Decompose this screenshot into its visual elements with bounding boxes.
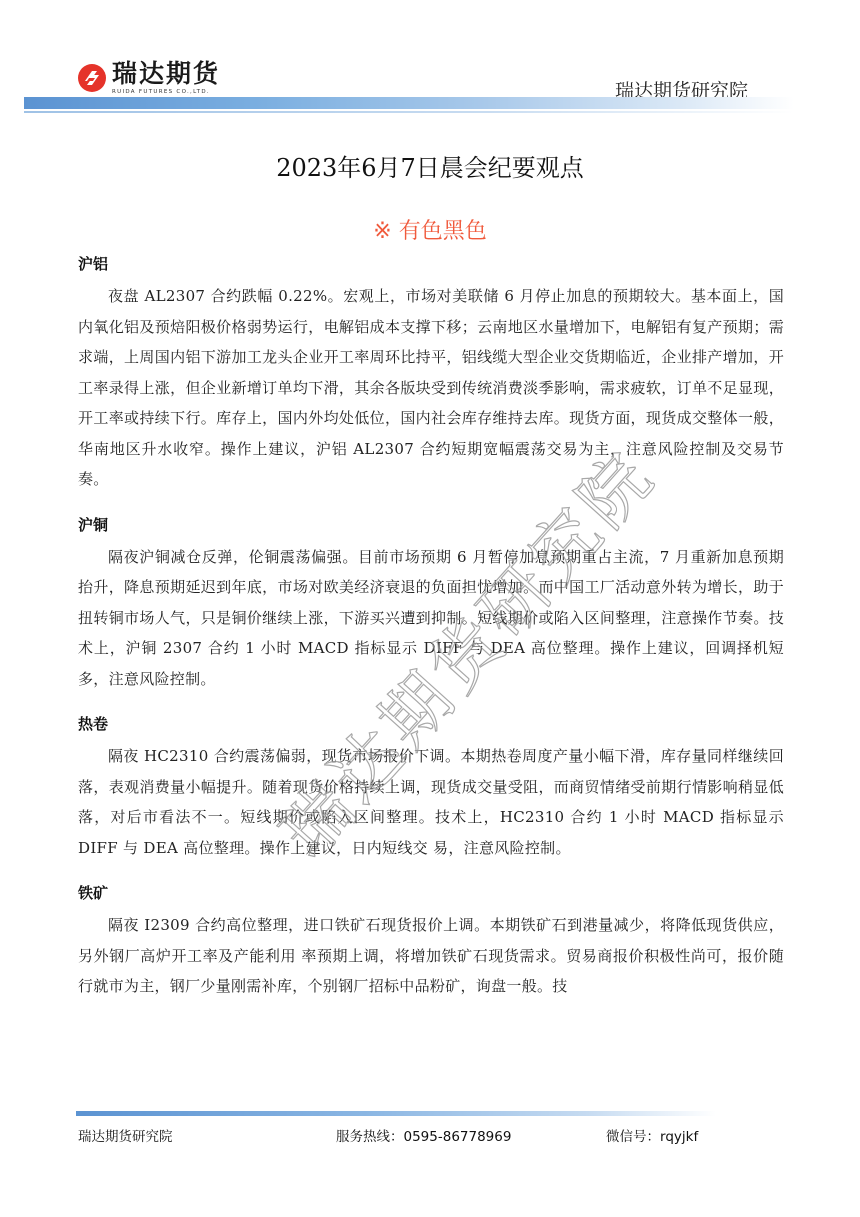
logo-english-name: RUIDA FUTURES CO.,LTD. (112, 89, 220, 95)
header-divider-line (24, 111, 794, 113)
commodity-block-aluminum: 沪铝 夜盘 AL2307 合约跌幅 0.22%。宏观上，市场对美联储 6 月停止… (78, 254, 784, 495)
company-logo: 瑞达期货 RUIDA FUTURES CO.,LTD. (76, 60, 220, 95)
block-paragraph: 隔夜 I2309 合约高位整理，进口铁矿石现货报价上调。本期铁矿石到港量减少，将… (78, 910, 784, 1002)
block-heading: 沪铝 (78, 254, 784, 274)
block-paragraph: 夜盘 AL2307 合约跌幅 0.22%。宏观上，市场对美联储 6 月停止加息的… (78, 281, 784, 495)
footer-wechat: 微信号：rqyjkf (606, 1125, 698, 1145)
section-title: ※ 有色黑色 (0, 214, 860, 245)
block-heading: 热卷 (78, 714, 784, 734)
block-heading: 沪铜 (78, 515, 784, 535)
block-paragraph: 隔夜沪铜减仓反弹，伦铜震荡偏强。目前市场预期 6 月暂停加息预期重占主流，7 月… (78, 542, 784, 695)
block-paragraph: 隔夜 HC2310 合约震荡偏弱，现货市场报价下调。本期热卷周度产量小幅下滑，库… (78, 741, 784, 863)
document-title: 2023年6月7日晨会纪要观点 (0, 148, 860, 183)
footer-hotline: 服务热线：0595-86778969 (336, 1125, 511, 1145)
logo-chinese-name: 瑞达期货 (112, 60, 220, 88)
block-heading: 铁矿 (78, 883, 784, 903)
header-gradient-bar (24, 97, 794, 109)
footer-org-name: 瑞达期货研究院 (78, 1125, 173, 1145)
document-content: 沪铝 夜盘 AL2307 合约跌幅 0.22%。宏观上，市场对美联储 6 月停止… (78, 254, 784, 1022)
page-header: 瑞达期货 RUIDA FUTURES CO.,LTD. 瑞达期货研究院 (0, 0, 860, 120)
commodity-block-hot-coil: 热卷 隔夜 HC2310 合约震荡偏弱，现货市场报价下调。本期热卷周度产量小幅下… (78, 714, 784, 863)
ruida-logo-icon (76, 62, 108, 94)
commodity-block-iron-ore: 铁矿 隔夜 I2309 合约高位整理，进口铁矿石现货报价上调。本期铁矿石到港量减… (78, 883, 784, 1002)
footer-gradient-bar (76, 1111, 716, 1116)
commodity-block-copper: 沪铜 隔夜沪铜减仓反弹，伦铜震荡偏强。目前市场预期 6 月暂停加息预期重占主流，… (78, 515, 784, 695)
